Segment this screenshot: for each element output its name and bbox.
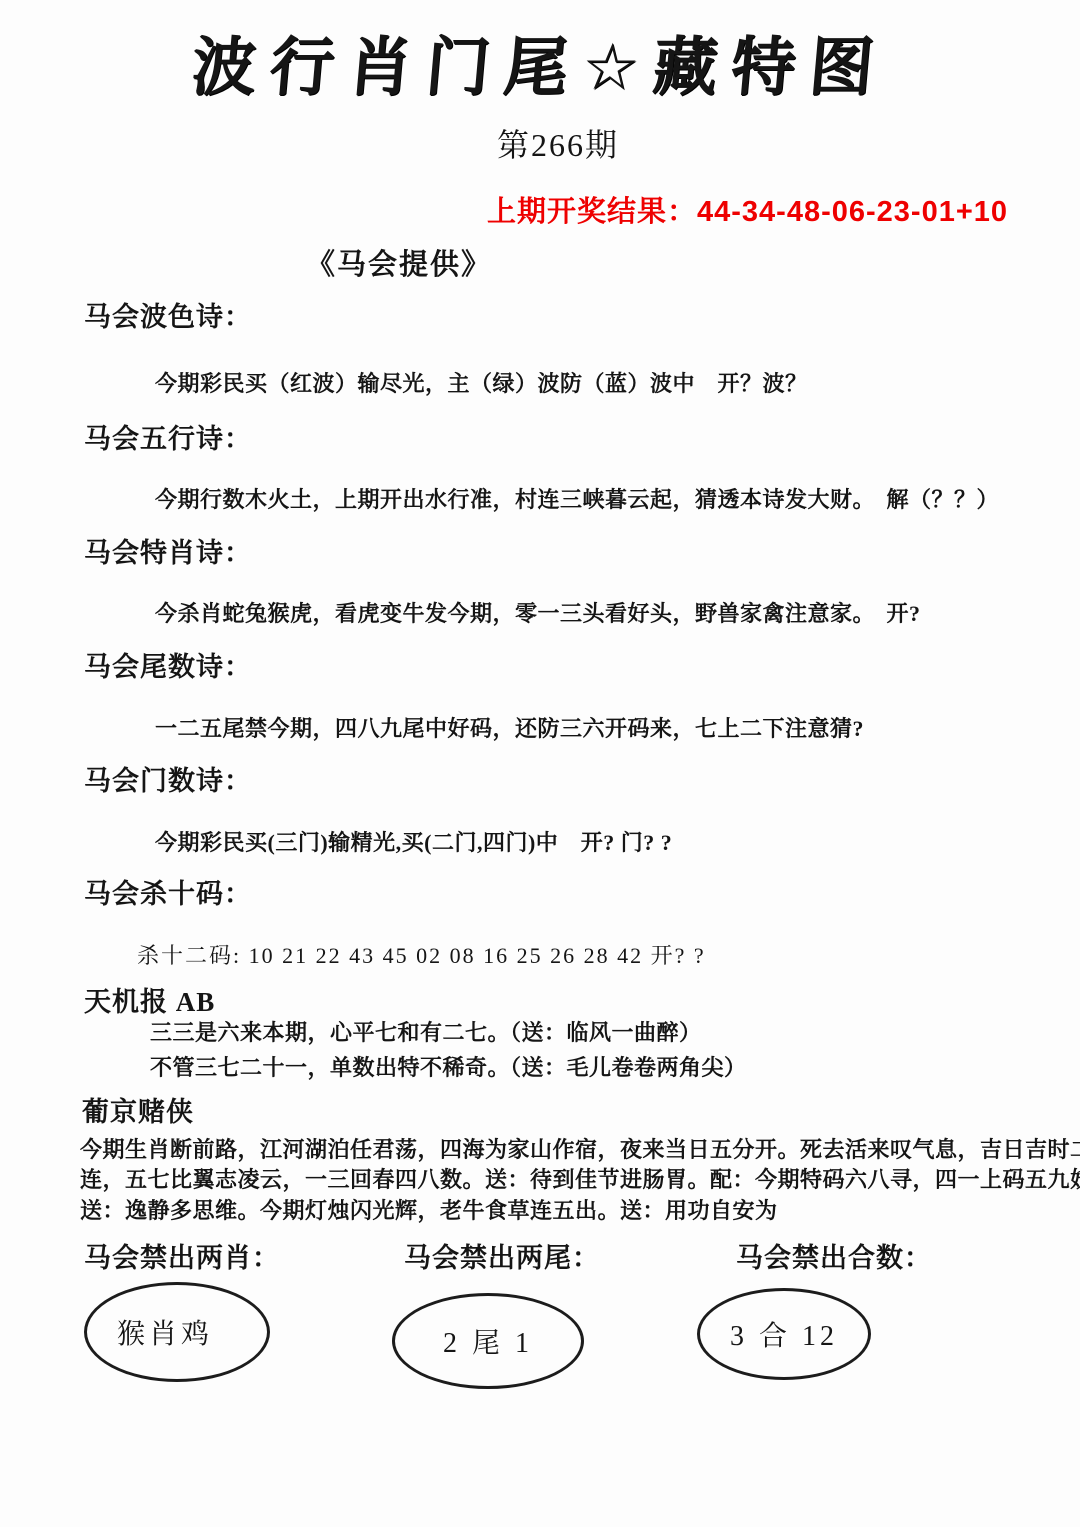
section-line-wuxing: 今期行数木火土，上期开出水行准，村连三峡暮云起，猜透本诗发大财。 解（？？） xyxy=(155,483,999,514)
tianji-line-2: 不管三七二十一，单数出特不稀奇。（送：毛儿卷卷两角尖） xyxy=(150,1051,747,1082)
tianji-heading: 天机报 AB xyxy=(84,980,215,1019)
page-title: 波行肖门尾☆藏特图 xyxy=(0,16,1080,108)
forbid-zodiac-value: 猴肖鸡 xyxy=(117,1312,213,1352)
section-heading-weishu: 马会尾数诗： xyxy=(84,645,252,684)
section-line-bose: 今期彩民买（红波）输尽光，主（绿）波防（蓝）波中 开？波？ xyxy=(155,367,808,398)
section-heading-texiao: 马会特肖诗： xyxy=(84,531,252,570)
forbid-tail-header: 马会禁出两尾： xyxy=(404,1236,600,1275)
last-draw-result: 上期开奖结果：44-34-48-06-23-01+10 xyxy=(487,189,1008,230)
pujing-line-2: 连，五七比翼志凌云，一三回春四八数。送：待到佳节进肠胃。配：今期特码六八寻，四一… xyxy=(80,1163,1020,1194)
pujing-heading: 葡京赌侠 xyxy=(82,1090,194,1129)
forbid-tail-oval: 2 尾 1 xyxy=(392,1293,584,1389)
issue-number: 第266期 xyxy=(0,120,1080,166)
pujing-line-1: 今期生肖断前路，江河湖泊任君荡，四海为家山作宿，夜来当日五分开。死去活来叹气息，… xyxy=(80,1133,1020,1164)
section-heading-shashima: 马会杀十码： xyxy=(84,872,252,911)
section-heading-menshu: 马会门数诗： xyxy=(84,759,252,798)
forbid-zodiac-oval: 猴肖鸡 xyxy=(84,1282,270,1382)
last-draw-numbers: 44-34-48-06-23-01+10 xyxy=(697,196,1008,228)
provider-note: 《马会提供》 xyxy=(306,242,492,283)
forbid-zodiac-header: 马会禁出两肖： xyxy=(84,1236,280,1275)
tianji-line-1: 三三是六来本期，心平七和有二七。（送：临风一曲醉） xyxy=(150,1016,702,1047)
section-heading-bose: 马会波色诗： xyxy=(84,295,252,334)
last-draw-label: 上期开奖结果： xyxy=(487,196,697,228)
forbid-sum-oval: 3 合 12 xyxy=(697,1288,871,1380)
section-line-shashima: 杀十二码: 10 21 22 43 45 02 08 16 25 26 28 4… xyxy=(137,939,706,970)
pujing-line-3: 送：逸静多思维。今期灯烛闪光辉，老牛食草连五出。送：用功自安为 xyxy=(80,1194,1020,1225)
forbid-sum-value: 3 合 12 xyxy=(730,1314,838,1354)
section-line-texiao: 今杀肖蛇兔猴虎，看虎变牛发今期，零一三头看好头，野兽家禽注意家。 开? xyxy=(155,597,921,628)
forbid-sum-header: 马会禁出合数： xyxy=(736,1236,932,1275)
section-line-menshu: 今期彩民买(三门)输精光,买(二门,四门)中 开? 门? ? xyxy=(155,826,672,857)
section-heading-wuxing: 马会五行诗： xyxy=(84,417,252,456)
tip-sheet-page: 波行肖门尾☆藏特图 第266期 上期开奖结果：44-34-48-06-23-01… xyxy=(0,0,1080,1527)
section-line-weishu: 一二五尾禁今期，四八九尾中好码，还防三六开码来，七上二下注意猜? xyxy=(155,712,864,743)
forbid-tail-value: 2 尾 1 xyxy=(443,1321,533,1361)
